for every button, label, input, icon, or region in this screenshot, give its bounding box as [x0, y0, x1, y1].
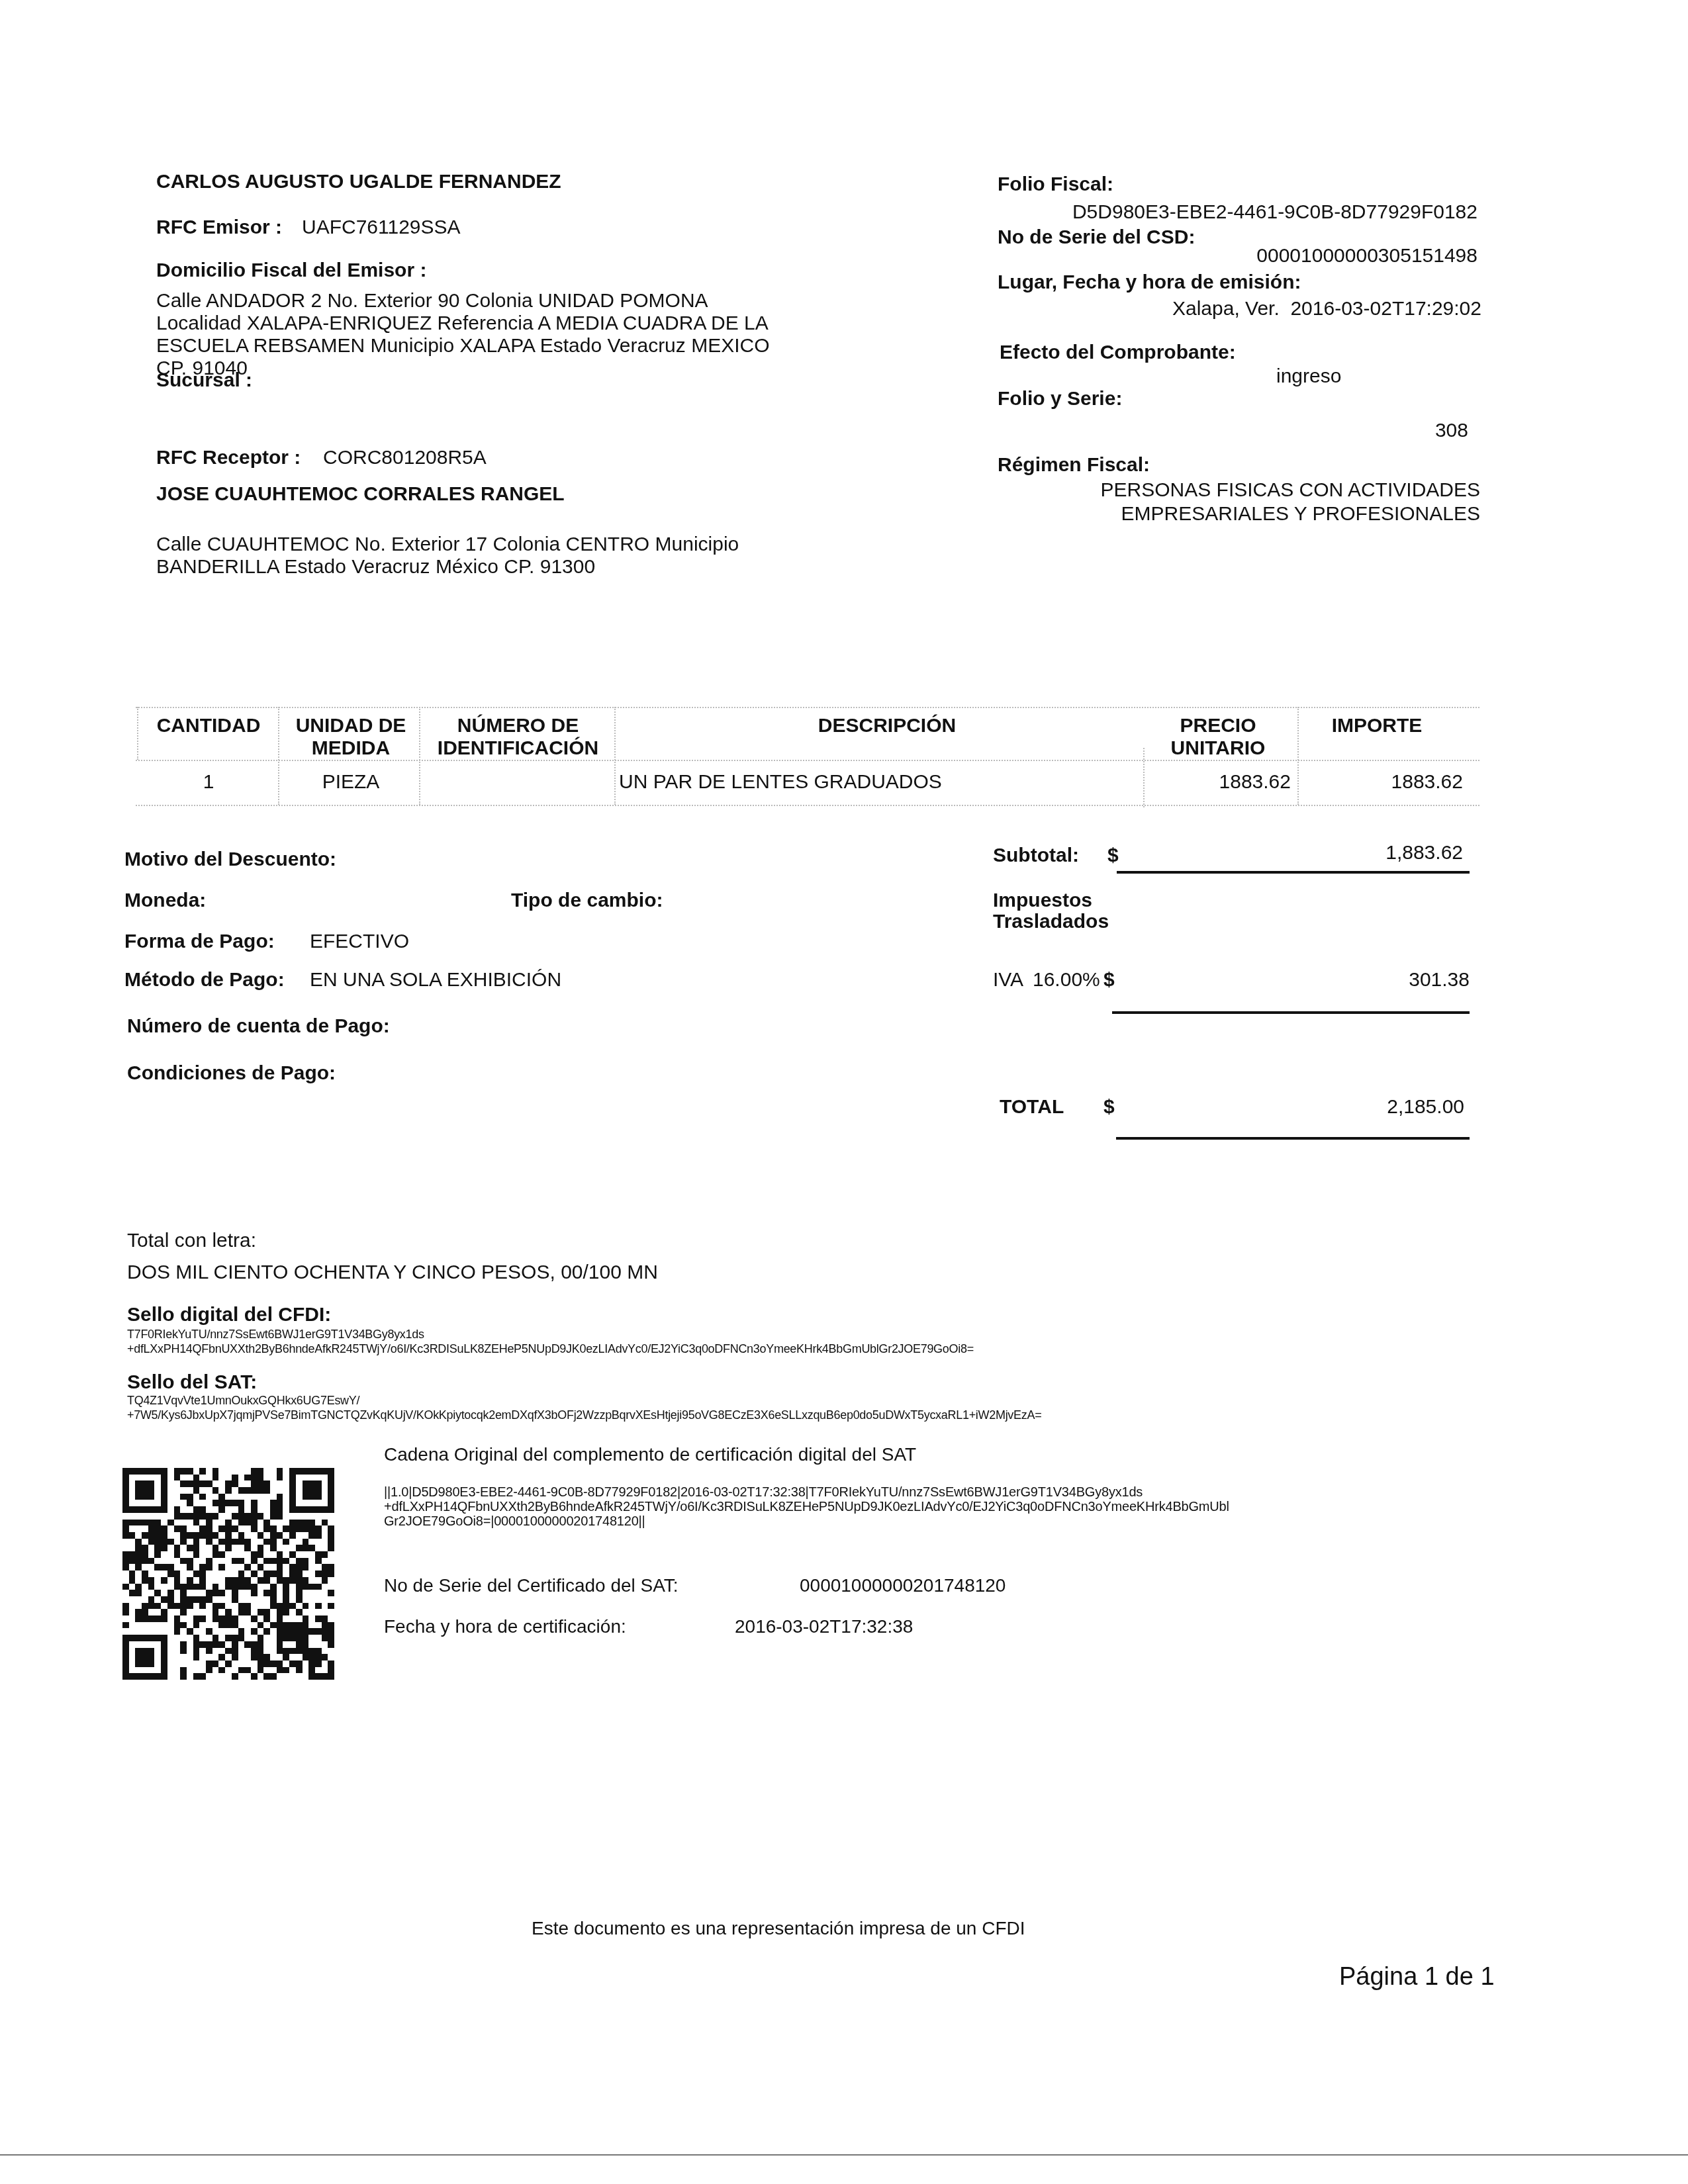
folio-serie-label: Folio y Serie: — [998, 388, 1122, 410]
subtotal-value: 1,883.62 — [1258, 842, 1463, 864]
tipo-cambio-label: Tipo de cambio: — [511, 889, 663, 912]
sello-cfdi-line2: +dfLXxPH14QFbnUXXth2ByB6hndeAfkR245TWjY/… — [127, 1342, 974, 1356]
total-currency: $ — [1103, 1096, 1115, 1118]
iva-rate: 16.00% — [1033, 969, 1100, 991]
col-divider — [278, 707, 279, 805]
motivo-descuento-label: Motivo del Descuento: — [124, 848, 336, 871]
rfc-receptor-label: RFC Receptor : — [156, 447, 301, 469]
regimen-value-line2: EMPRESARIALES Y PROFESIONALES — [1033, 503, 1480, 525]
metodo-pago-label: Método de Pago: — [124, 969, 285, 991]
header-precio: PRECIO UNITARIO — [1162, 715, 1274, 760]
table-top-border — [136, 707, 1479, 708]
efecto-label: Efecto del Comprobante: — [1000, 341, 1236, 364]
cell-cantidad: 1 — [142, 771, 275, 794]
col-divider — [614, 707, 616, 805]
forma-pago-value: EFECTIVO — [310, 931, 409, 953]
cadena-original-title: Cadena Original del complemento de certi… — [384, 1444, 916, 1465]
cell-unidad: PIEZA — [285, 771, 417, 794]
iva-value: 301.38 — [1258, 969, 1470, 991]
regimen-label: Régimen Fiscal: — [998, 454, 1150, 477]
col-divider — [419, 707, 420, 805]
iva-currency: $ — [1103, 969, 1115, 991]
header-descripcion: DESCRIPCIÓN — [728, 715, 1046, 737]
rfc-emisor-value: UAFC761129SSA — [302, 216, 461, 239]
table-header-divider — [136, 760, 1479, 761]
col-divider — [1297, 707, 1299, 805]
efecto-value: ingreso — [1276, 365, 1341, 388]
certificado-serie-value: 00001000000201748120 — [800, 1575, 1006, 1596]
certificacion-fecha-value: 2016-03-02T17:32:38 — [735, 1616, 913, 1637]
domicilio-receptor-value: Calle CUAUHTEMOC No. Exterior 17 Colonia… — [156, 533, 805, 578]
no-serie-csd-value: 00001000000305151498 — [1033, 245, 1477, 267]
page-bottom-rule — [0, 2154, 1688, 2156]
header-cantidad: CANTIDAD — [142, 715, 275, 737]
total-letra-value: DOS MIL CIENTO OCHENTA Y CINCO PESOS, 00… — [127, 1261, 658, 1284]
subtotal-currency: $ — [1107, 844, 1119, 867]
qr-code-icon — [122, 1468, 334, 1680]
total-underline — [1116, 1137, 1470, 1140]
receptor-name: JOSE CUAUHTEMOC CORRALES RANGEL — [156, 483, 565, 506]
sello-cfdi-label: Sello digital del CFDI: — [127, 1304, 331, 1326]
moneda-label: Moneda: — [124, 889, 206, 912]
total-letra-label: Total con letra: — [127, 1230, 256, 1252]
footer-note: Este documento es una representación imp… — [532, 1918, 1025, 1939]
certificacion-fecha-label: Fecha y hora de certificación: — [384, 1616, 626, 1637]
table-bottom-border — [136, 805, 1479, 806]
sello-sat-line2: +7W5/Kys6JbxUpX7jqmjPVSe7BimTGNCTQZvKqKU… — [127, 1408, 1041, 1422]
rfc-receptor-value: CORC801208R5A — [323, 447, 487, 469]
emisor-name: CARLOS AUGUSTO UGALDE FERNANDEZ — [156, 171, 561, 193]
cadena-original-line1: ||1.0|D5D980E3-EBE2-4461-9C0B-8D77929F01… — [384, 1485, 1143, 1500]
domicilio-emisor-value: Calle ANDADOR 2 No. Exterior 90 Colonia … — [156, 290, 792, 380]
metodo-pago-value: EN UNA SOLA EXHIBICIÓN — [310, 969, 561, 991]
sucursal-label: Sucursal : — [156, 369, 252, 392]
cell-importe: 1883.62 — [1311, 771, 1463, 794]
certificado-serie-label: No de Serie del Certificado del SAT: — [384, 1575, 679, 1596]
subtotal-underline — [1117, 871, 1470, 874]
impuestos-label-1: Impuestos — [993, 889, 1092, 912]
total-value: 2,185.00 — [1258, 1096, 1464, 1118]
cadena-original-line2: +dfLXxPH14QFbnUXXth2ByB6hndeAfkR245TWjY/… — [384, 1500, 1229, 1515]
rfc-emisor-label: RFC Emisor : — [156, 216, 282, 239]
regimen-value-line1: PERSONAS FISICAS CON ACTIVIDADES — [1033, 479, 1480, 502]
col-divider — [1143, 748, 1145, 807]
sello-cfdi-line1: T7F0RIekYuTU/nnz7SsEwt6BWJ1erG9T1V34BGy8… — [127, 1328, 424, 1342]
impuestos-label-2: Trasladados — [993, 911, 1109, 933]
forma-pago-label: Forma de Pago: — [124, 931, 275, 953]
sello-sat-label: Sello del SAT: — [127, 1371, 257, 1394]
folio-serie-value: 308 — [1297, 420, 1468, 442]
iva-label: IVA — [993, 969, 1023, 991]
cell-precio: 1883.62 — [1152, 771, 1291, 794]
folio-fiscal-value: D5D980E3-EBE2-4461-9C0B-8D77929F0182 — [1033, 201, 1477, 224]
subtotal-label: Subtotal: — [993, 844, 1079, 867]
iva-underline — [1112, 1011, 1470, 1014]
lugar-fecha-label: Lugar, Fecha y hora de emisión: — [998, 271, 1301, 294]
total-label: TOTAL — [1000, 1096, 1064, 1118]
cell-descripcion: UN PAR DE LENTES GRADUADOS — [619, 771, 942, 794]
col-divider — [137, 707, 138, 760]
cuenta-pago-label: Número de cuenta de Pago: — [127, 1015, 390, 1038]
folio-fiscal-label: Folio Fiscal: — [998, 173, 1113, 196]
header-unidad: UNIDAD DE MEDIDA — [285, 715, 417, 760]
condiciones-pago-label: Condiciones de Pago: — [127, 1062, 336, 1085]
lugar-fecha-value: Xalapa, Ver. 2016-03-02T17:29:02 — [1033, 298, 1481, 320]
header-numero: NÚMERO DE IDENTIFICACIÓN — [424, 715, 612, 760]
page-indicator: Página 1 de 1 — [1339, 1963, 1495, 1991]
sello-sat-line1: TQ4Z1VqvVte1UmnOukxGQHkx6UG7EswY/ — [127, 1394, 359, 1408]
cadena-original-line3: Gr2JOE79GoOi8=|00001000000201748120|| — [384, 1514, 645, 1529]
header-importe: IMPORTE — [1311, 715, 1443, 737]
domicilio-emisor-label: Domicilio Fiscal del Emisor : — [156, 259, 426, 282]
